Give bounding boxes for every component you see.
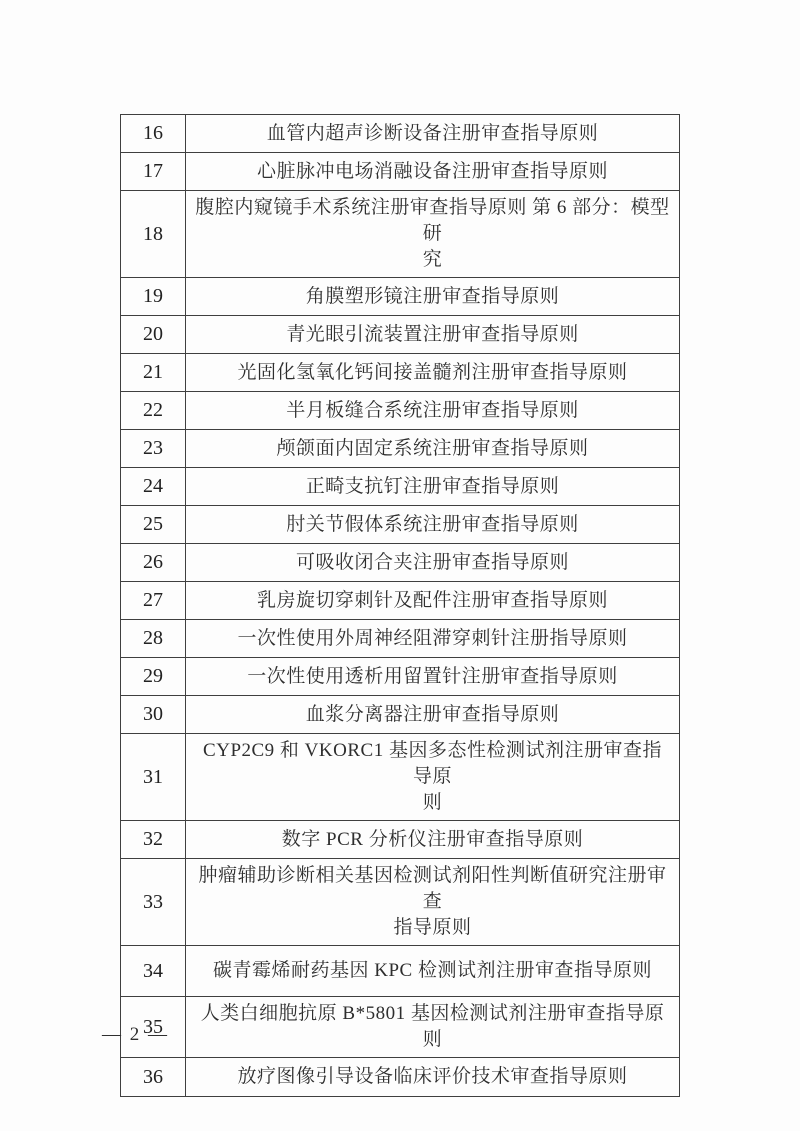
row-title: 血管内超声诊断设备注册审查指导原则	[186, 115, 680, 153]
table-row: 29一次性使用透析用留置针注册审查指导原则	[121, 658, 680, 696]
row-number: 19	[121, 278, 186, 316]
table-row: 28一次性使用外周神经阻滞穿刺针注册指导原则	[121, 620, 680, 658]
row-title: 乳房旋切穿刺针及配件注册审查指导原则	[186, 582, 680, 620]
table-row: 22半月板缝合系统注册审查指导原则	[121, 392, 680, 430]
row-number: 36	[121, 1058, 186, 1097]
row-number: 22	[121, 392, 186, 430]
row-title: 肿瘤辅助诊断相关基因检测试剂阳性判断值研究注册审查 指导原则	[186, 859, 680, 946]
table-row: 17心脏脉冲电场消融设备注册审查指导原则	[121, 153, 680, 191]
row-title: 一次性使用透析用留置针注册审查指导原则	[186, 658, 680, 696]
row-number: 25	[121, 506, 186, 544]
table-row: 23颅颌面内固定系统注册审查指导原则	[121, 430, 680, 468]
row-number: 33	[121, 859, 186, 946]
row-number: 16	[121, 115, 186, 153]
row-title: 人类白细胞抗原 B*5801 基因检测试剂注册审查指导原则	[186, 997, 680, 1058]
table-row: 18腹腔内窥镜手术系统注册审查指导原则 第 6 部分：模型研 究	[121, 191, 680, 278]
guideline-table-body: 16血管内超声诊断设备注册审查指导原则17心脏脉冲电场消融设备注册审查指导原则1…	[121, 115, 680, 1097]
row-number: 34	[121, 946, 186, 997]
table-row: 21光固化氢氧化钙间接盖髓剂注册审查指导原则	[121, 354, 680, 392]
row-number: 31	[121, 734, 186, 821]
row-number: 20	[121, 316, 186, 354]
row-number: 26	[121, 544, 186, 582]
row-title: CYP2C9 和 VKORC1 基因多态性检测试剂注册审查指导原 则	[186, 734, 680, 821]
table-row: 31CYP2C9 和 VKORC1 基因多态性检测试剂注册审查指导原 则	[121, 734, 680, 821]
row-title: 光固化氢氧化钙间接盖髓剂注册审查指导原则	[186, 354, 680, 392]
table-row: 24正畸支抗钉注册审查指导原则	[121, 468, 680, 506]
row-number: 21	[121, 354, 186, 392]
row-title: 心脏脉冲电场消融设备注册审查指导原则	[186, 153, 680, 191]
row-title: 可吸收闭合夹注册审查指导原则	[186, 544, 680, 582]
row-title: 放疗图像引导设备临床评价技术审查指导原则	[186, 1058, 680, 1097]
guideline-table: 16血管内超声诊断设备注册审查指导原则17心脏脉冲电场消融设备注册审查指导原则1…	[120, 114, 680, 1097]
row-number: 30	[121, 696, 186, 734]
row-number: 27	[121, 582, 186, 620]
row-title: 青光眼引流装置注册审查指导原则	[186, 316, 680, 354]
row-title: 半月板缝合系统注册审查指导原则	[186, 392, 680, 430]
row-number: 28	[121, 620, 186, 658]
row-number: 17	[121, 153, 186, 191]
table-row: 19角膜塑形镜注册审查指导原则	[121, 278, 680, 316]
row-title: 肘关节假体系统注册审查指导原则	[186, 506, 680, 544]
row-number: 32	[121, 821, 186, 859]
table-row: 32数字 PCR 分析仪注册审查指导原则	[121, 821, 680, 859]
page-number: — 2 —	[102, 1024, 169, 1046]
row-number: 18	[121, 191, 186, 278]
row-title: 腹腔内窥镜手术系统注册审查指导原则 第 6 部分：模型研 究	[186, 191, 680, 278]
row-title: 角膜塑形镜注册审查指导原则	[186, 278, 680, 316]
row-title: 碳青霉烯耐药基因 KPC 检测试剂注册审查指导原则	[186, 946, 680, 997]
table-row: 34碳青霉烯耐药基因 KPC 检测试剂注册审查指导原则	[121, 946, 680, 997]
row-title: 血浆分离器注册审查指导原则	[186, 696, 680, 734]
row-number: 23	[121, 430, 186, 468]
table-row: 30血浆分离器注册审查指导原则	[121, 696, 680, 734]
table-row: 16血管内超声诊断设备注册审查指导原则	[121, 115, 680, 153]
row-title: 数字 PCR 分析仪注册审查指导原则	[186, 821, 680, 859]
table-row: 20青光眼引流装置注册审查指导原则	[121, 316, 680, 354]
table-row: 27乳房旋切穿刺针及配件注册审查指导原则	[121, 582, 680, 620]
table-row: 26可吸收闭合夹注册审查指导原则	[121, 544, 680, 582]
row-title: 一次性使用外周神经阻滞穿刺针注册指导原则	[186, 620, 680, 658]
table-row: 25肘关节假体系统注册审查指导原则	[121, 506, 680, 544]
row-title: 正畸支抗钉注册审查指导原则	[186, 468, 680, 506]
row-number: 24	[121, 468, 186, 506]
document-page: 16血管内超声诊断设备注册审查指导原则17心脏脉冲电场消融设备注册审查指导原则1…	[0, 0, 800, 1131]
table-row: 35人类白细胞抗原 B*5801 基因检测试剂注册审查指导原则	[121, 997, 680, 1058]
row-title: 颅颌面内固定系统注册审查指导原则	[186, 430, 680, 468]
table-row: 36放疗图像引导设备临床评价技术审查指导原则	[121, 1058, 680, 1097]
row-number: 29	[121, 658, 186, 696]
table-row: 33肿瘤辅助诊断相关基因检测试剂阳性判断值研究注册审查 指导原则	[121, 859, 680, 946]
